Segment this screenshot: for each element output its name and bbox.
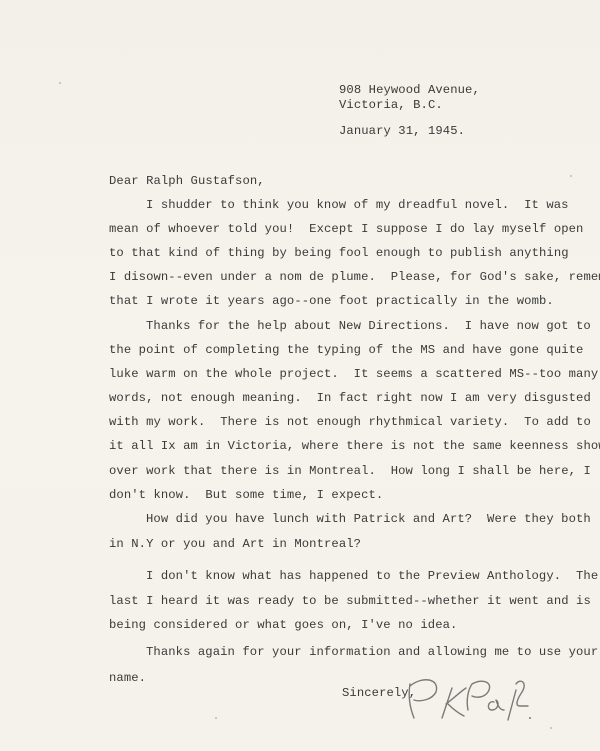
address-line-1: 908 Heywood Avenue, <box>339 83 480 97</box>
paper-speck <box>215 717 217 719</box>
body-line: luke warm on the whole project. It seems… <box>109 367 598 381</box>
body-line: that I wrote it years ago--one foot prac… <box>109 294 554 308</box>
body-line: last I heard it was ready to be submitte… <box>109 594 591 608</box>
paper-speck <box>570 175 572 177</box>
body-line: over work that there is in Montreal. How… <box>109 464 591 478</box>
body-line: being considered or what goes on, I've n… <box>109 618 457 632</box>
handwritten-signature <box>402 670 532 730</box>
body-line: I shudder to think you know of my dreadf… <box>146 198 569 212</box>
paper-speck <box>550 727 552 729</box>
salutation: Dear Ralph Gustafson, <box>109 174 265 188</box>
body-line: the point of completing the typing of th… <box>109 343 583 357</box>
body-line: mean of whoever told you! Except I suppo… <box>109 222 583 236</box>
letter-page: 908 Heywood Avenue, Victoria, B.C. Janua… <box>0 0 600 751</box>
body-line: How did you have lunch with Patrick and … <box>146 512 591 526</box>
body-line: it all Ix am in Victoria, where there is… <box>109 439 600 453</box>
body-line: don't know. But some time, I expect. <box>109 488 383 502</box>
paper-speck <box>59 82 61 84</box>
body-line: with my work. There is not enough rhythm… <box>109 415 591 429</box>
letter-date: January 31, 1945. <box>339 124 465 138</box>
body-line: I disown--even under a nom de plume. Ple… <box>109 270 600 284</box>
body-line: words, not enough meaning. In fact right… <box>109 391 591 405</box>
body-line: Thanks again for your information and al… <box>146 645 598 659</box>
body-line: in N.Y or you and Art in Montreal? <box>109 537 361 551</box>
address-line-2: Victoria, B.C. <box>339 98 443 112</box>
body-line: I don't know what has happened to the Pr… <box>146 569 598 583</box>
body-line: Thanks for the help about New Directions… <box>146 319 591 333</box>
body-line: name. <box>109 671 146 685</box>
body-line: to that kind of thing by being fool enou… <box>109 246 569 260</box>
